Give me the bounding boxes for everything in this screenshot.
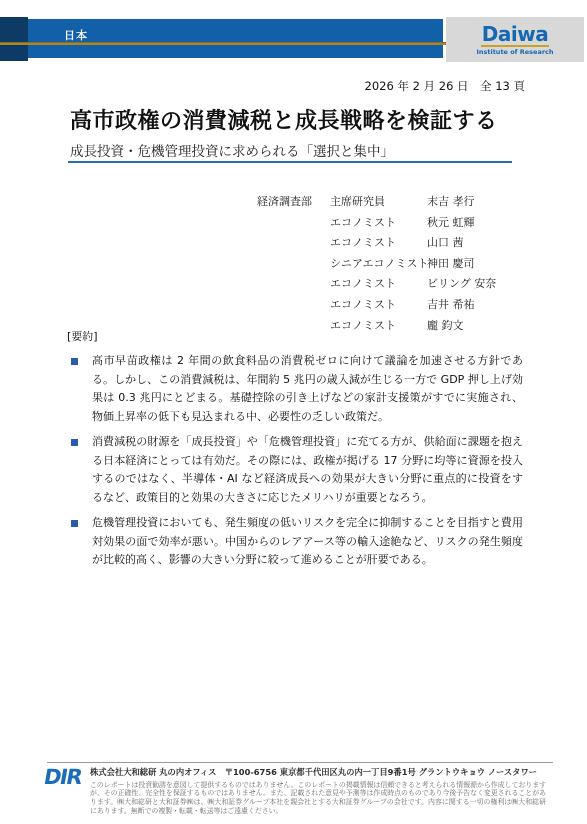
- bullet-square-icon: [71, 520, 78, 527]
- author-role: エコノミスト: [330, 275, 427, 291]
- footer-disclaimer: このレポートは投資勧誘を意図して提供するものではありません。このレポートの掲載情…: [90, 781, 546, 816]
- summary-bullet-item: 危機管理投資においても、発生頻度の低いリスクを完全に抑制することを目指すと費用対…: [70, 514, 523, 570]
- summary-bullet-item: 消費減税の財源を「成長投資」や「危機管理投資」に充てる方が、供給面に課題を抱える…: [70, 433, 523, 507]
- author-name: 吉井 希祐: [427, 296, 496, 312]
- summary-bullet-list: 高市早苗政権は 2 年間の飲食料品の消費税ゼロに向けて議論を加速させる方針である…: [70, 352, 523, 577]
- daiwa-logo-underline: [481, 45, 549, 47]
- report-title: 高市政権の消費減税と成長戦略を検証する: [70, 104, 498, 135]
- masthead-navy-block: [0, 17, 28, 61]
- masthead-blue-bar: 日本: [28, 19, 443, 58]
- department-spacer: [257, 234, 330, 250]
- report-subtitle: 成長投資・危機管理投資に求められる「選択と集中」: [70, 140, 394, 160]
- author-role: エコノミスト: [330, 214, 427, 230]
- authors-block: 経済調査部 主席研究員 末吉 孝行 エコノミスト 秋元 虹輝 エコノミスト 山口…: [257, 193, 496, 333]
- author-name: 神田 慶司: [427, 255, 496, 271]
- date-page-count: 2026 年 2 月 26 日 全 13 頁: [365, 78, 525, 94]
- bullet-square-icon: [71, 439, 78, 446]
- summary-bullet-item: 高市早苗政権は 2 年間の飲食料品の消費税ゼロに向けて議論を加速させる方針である…: [70, 352, 523, 426]
- bullet-square-icon: [71, 358, 78, 365]
- region-label: 日本: [64, 27, 88, 43]
- author-role: シニアエコノミスト: [330, 255, 427, 271]
- author-role: 主席研究員: [330, 193, 427, 209]
- footer-divider-rule: [47, 762, 553, 763]
- summary-bullet-text: 危機管理投資においても、発生頻度の低いリスクを完全に抑制することを目指すと費用対…: [92, 514, 523, 570]
- author-role: エコノミスト: [330, 317, 427, 333]
- dir-logo: DIR: [42, 767, 83, 788]
- department-label: 経済調査部: [257, 193, 330, 209]
- author-role: エコノミスト: [330, 234, 427, 250]
- department-spacer: [257, 255, 330, 271]
- author-name: ビリング 安奈: [427, 275, 496, 291]
- daiwa-logo: Daiwa Institute of Research: [446, 17, 584, 62]
- summary-heading: [要約]: [67, 328, 98, 344]
- summary-bullet-text: 消費減税の財源を「成長投資」や「危機管理投資」に充てる方が、供給面に課題を抱える…: [92, 433, 523, 507]
- footer-text-block: 株式会社大和総研 丸の内オフィス 〒100-6756 東京都千代田区丸の内一丁目…: [90, 766, 546, 815]
- daiwa-logo-wordmark: Daiwa: [482, 24, 548, 44]
- author-name: 龐 鈞文: [427, 317, 496, 333]
- department-spacer: [257, 317, 330, 333]
- report-page: 日本 Daiwa Institute of Research 2026 年 2 …: [0, 0, 587, 824]
- author-name: 秋元 虹輝: [427, 214, 496, 230]
- title-underline-rule: [68, 161, 512, 163]
- department-spacer: [257, 296, 330, 312]
- author-name: 末吉 孝行: [427, 193, 496, 209]
- department-spacer: [257, 275, 330, 291]
- daiwa-logo-subtitle: Institute of Research: [476, 48, 553, 56]
- masthead-gold-rule: [0, 42, 446, 45]
- author-role: エコノミスト: [330, 296, 427, 312]
- author-name: 山口 茜: [427, 234, 496, 250]
- footer-address: 株式会社大和総研 丸の内オフィス 〒100-6756 東京都千代田区丸の内一丁目…: [90, 766, 546, 778]
- summary-bullet-text: 高市早苗政権は 2 年間の飲食料品の消費税ゼロに向けて議論を加速させる方針である…: [92, 352, 523, 426]
- department-spacer: [257, 214, 330, 230]
